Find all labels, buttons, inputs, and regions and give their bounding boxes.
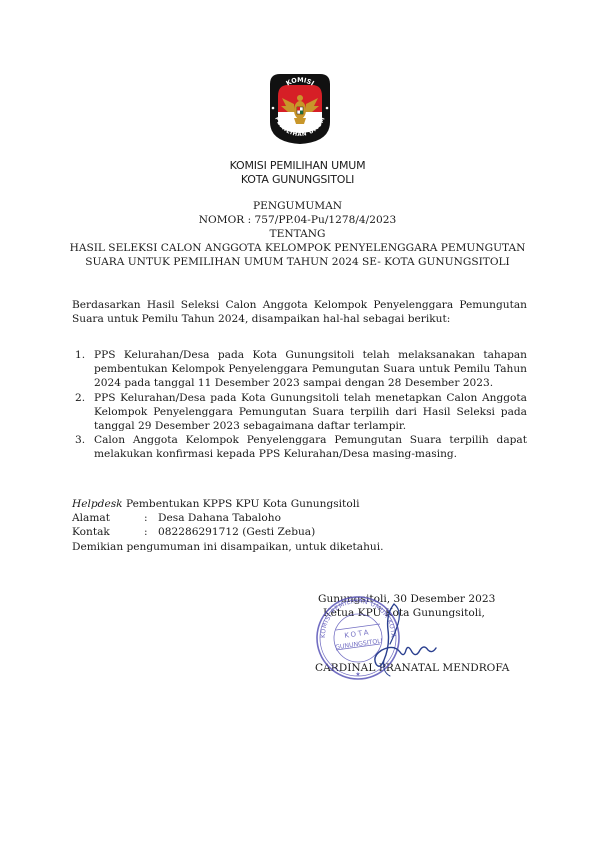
document-tentang: TENTANG [60, 227, 535, 241]
list-item-text: PPS Kelurahan/Desa pada Kota Gunungsitol… [94, 349, 527, 389]
document-number: NOMOR : 757/PP.04-Pu/1278/4/2023 [60, 213, 535, 227]
list-item: 3. Calon Anggota Kelompok Penyelenggara … [72, 433, 527, 461]
list-item: 2. PPS Kelurahan/Desa pada Kota Gunungsi… [72, 391, 527, 434]
helpdesk-title: Helpdesk Pembentukan KPPS KPU Kota Gunun… [72, 497, 527, 511]
intro-paragraph: Berdasarkan Hasil Seleksi Calon Anggota … [72, 298, 527, 326]
handwritten-signature-icon [360, 600, 440, 680]
list-item-text: Calon Anggota Kelompok Penyelenggara Pem… [94, 434, 527, 460]
kontak-row: Kontak : 082286291712 (Gesti Zebua) [72, 525, 527, 539]
alamat-label: Alamat [72, 511, 144, 525]
alamat-value: Desa Dahana Tabaloho [158, 511, 281, 525]
kpu-logo-icon: KOMISI PEMILIHAN UMUM [264, 70, 336, 146]
announcement-page: KOMISI PEMILIHAN UMUM KOMISI PEMILIHAN U… [0, 0, 595, 842]
helpdesk-title-rest: Pembentukan KPPS KPU Kota Gunungsitoli [123, 498, 360, 510]
kontak-value[interactable]: 082286291712 (Gesti Zebua) [158, 525, 315, 539]
list-item: 1. PPS Kelurahan/Desa pada Kota Gunungsi… [72, 348, 527, 391]
kontak-label: Kontak [72, 525, 144, 539]
kontak-separator: : [144, 525, 158, 539]
list-item-number: 1. [75, 348, 85, 362]
list-item-number: 2. [75, 391, 85, 405]
helpdesk-italic: Helpdesk [72, 498, 123, 510]
org-name-line1: KOMISI PEMILIHAN UMUM [0, 159, 595, 173]
document-subject: HASIL SELEKSI CALON ANGGOTA KELOMPOK PEN… [60, 241, 535, 269]
list-item-text: PPS Kelurahan/Desa pada Kota Gunungsitol… [94, 392, 527, 432]
list-item-number: 3. [75, 433, 85, 447]
document-title: PENGUMUMAN [60, 199, 535, 213]
closing-text: Demikian pengumuman ini disampaikan, unt… [72, 540, 527, 554]
helpdesk-block: Helpdesk Pembentukan KPPS KPU Kota Gunun… [72, 497, 527, 554]
alamat-separator: : [144, 511, 158, 525]
announcement-list: 1. PPS Kelurahan/Desa pada Kota Gunungsi… [72, 348, 527, 462]
org-name-line2: KOTA GUNUNGSITOLI [0, 173, 595, 187]
alamat-row: Alamat : Desa Dahana Tabaloho [72, 511, 527, 525]
